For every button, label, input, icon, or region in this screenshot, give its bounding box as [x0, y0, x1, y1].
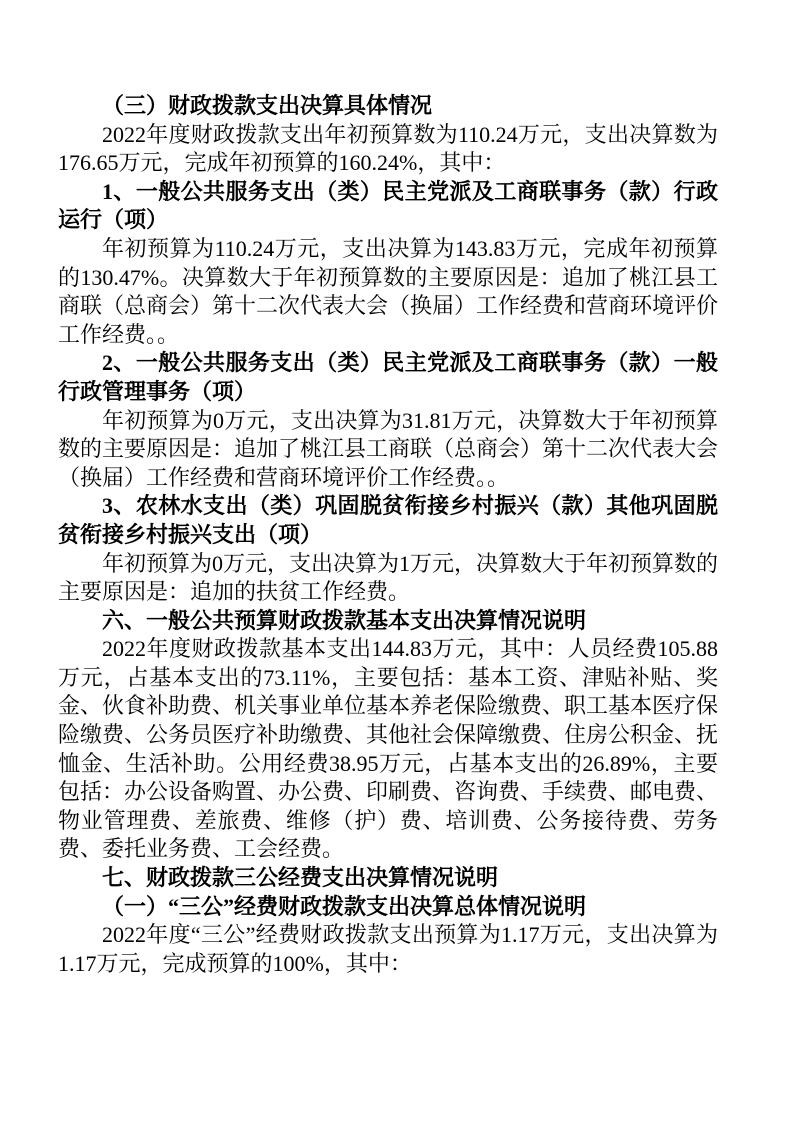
- section-heading-item-2: 2、一般公共服务支出（类）民主党派及工商联事务（款）一般行政管理事务（项）: [58, 349, 718, 406]
- section-heading-basic-expenditure: 六、一般公共预算财政拨款基本支出决算情况说明: [58, 607, 718, 636]
- section-heading-item-3: 3、农林水支出（类）巩固脱贫衔接乡村振兴（款）其他巩固脱贫衔接乡村振兴支出（项）: [58, 492, 718, 549]
- section-heading-three-public-funds: 七、财政拨款三公经费支出决算情况说明: [58, 864, 718, 893]
- paragraph-item-1-detail: 年初预算为110.24万元，支出决算为143.83万元，完成年初预算的130.4…: [58, 235, 718, 349]
- document-page: （三）财政拨款支出决算具体情况 2022年度财政拨款支出年初预算数为110.24…: [0, 0, 793, 1122]
- document-body: （三）财政拨款支出决算具体情况 2022年度财政拨款支出年初预算数为110.24…: [58, 92, 718, 978]
- paragraph-expenditure-overview: 2022年度财政拨款支出年初预算数为110.24万元，支出决算数为176.65万…: [58, 121, 718, 178]
- section-heading-three-public-overview: （一）“三公”经费财政拨款支出决算总体情况说明: [58, 893, 718, 922]
- section-heading-fiscal-expenditure-details: （三）财政拨款支出决算具体情况: [58, 92, 718, 121]
- section-heading-item-1: 1、一般公共服务支出（类）民主党派及工商联事务（款）行政运行（项）: [58, 178, 718, 235]
- paragraph-three-public-detail: 2022年度“三公”经费财政拨款支出预算为1.17万元，支出决算为1.17万元，…: [58, 921, 718, 978]
- paragraph-basic-expenditure-detail: 2022年度财政拨款基本支出144.83万元，其中：人员经费105.88万元，占…: [58, 635, 718, 864]
- paragraph-item-3-detail: 年初预算为0万元，支出决算为1万元，决算数大于年初预算数的主要原因是：追加的扶贫…: [58, 550, 718, 607]
- paragraph-item-2-detail: 年初预算为0万元，支出决算为31.81万元，决算数大于年初预算数的主要原因是：追…: [58, 407, 718, 493]
